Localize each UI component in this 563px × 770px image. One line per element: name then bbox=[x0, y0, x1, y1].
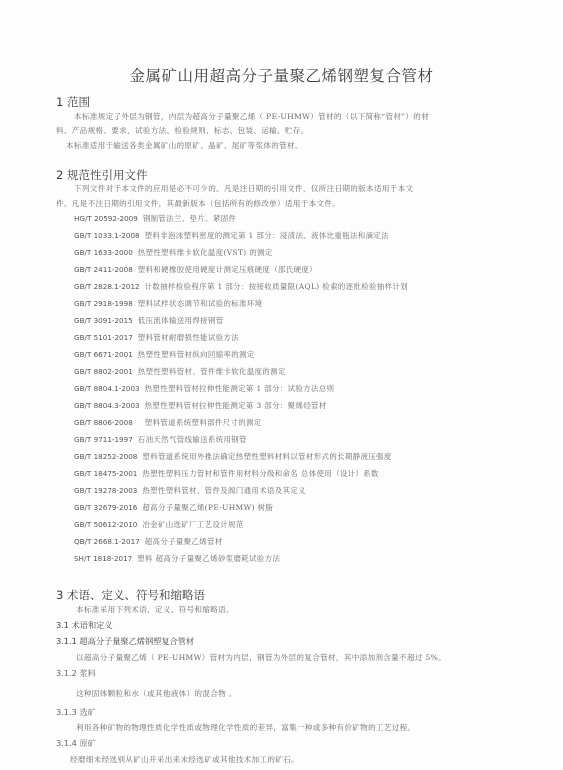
reference-code: GB/T 8804.1-2003 bbox=[74, 384, 140, 393]
term-heading: 3.1.3 选矿 bbox=[56, 707, 96, 718]
term-definition: 经磨细未经选别从矿山开采出来未经选矿或其他技术加工的矿石。 bbox=[70, 754, 299, 765]
section-1-line-2: 料、产品规格、要求、试验方法、检验规则、标志、包装、运输、贮存。 bbox=[56, 125, 309, 136]
term-title: 超高分子量聚乙烯钢塑复合管材 bbox=[79, 636, 194, 646]
reference-code: GB/T 2828.1-2012 bbox=[74, 282, 140, 291]
reference-name: 冶金矿山选矿厂工艺设计规范 bbox=[142, 520, 243, 529]
document-page: 金属矿山用超高分子量聚乙烯钢塑复合管材 1 范围 本标准规定了外层为钢管，内层为… bbox=[0, 0, 563, 770]
reference-item: GB/T 3091-2015低压流体输送用焊接钢管 bbox=[74, 315, 223, 326]
term-number: 3.1.1 bbox=[56, 636, 77, 646]
reference-name: 热塑性塑料压力管材和管件用材料分级和命名 总体使用（设计）系数 bbox=[142, 469, 378, 478]
reference-code: GB/T 5101-2017 bbox=[74, 333, 133, 342]
reference-item: GB/T 8806-2008塑料管道系统塑料部件尺寸的测定 bbox=[74, 417, 262, 428]
reference-name: 石油天然气管线输送系统用钢管 bbox=[138, 435, 247, 444]
section-1-heading: 1 范围 bbox=[56, 94, 90, 110]
reference-name: 热塑性塑料维卡软化温度(VST) 的测定 bbox=[138, 248, 273, 257]
reference-item: GB/T 9711-1997石油天然气管线输送系统用钢管 bbox=[74, 434, 247, 445]
reference-item: GB/T 18475-2001热塑性塑料压力管材和管件用材料分级和命名 总体使用… bbox=[74, 468, 379, 479]
reference-item: HG/T 20592-2009钢制管法兰、垫片、紧固件 bbox=[74, 213, 236, 224]
reference-item: GB/T 5101-2017塑料管材耐磨损性能试验方法 bbox=[74, 332, 239, 343]
reference-code: GB/T 32679-2016 bbox=[74, 503, 137, 512]
term-title: 原矿 bbox=[79, 738, 95, 748]
reference-name: 热塑性塑料管材、管件及阀门通用术语及其定义 bbox=[142, 486, 306, 495]
reference-code: GB/T 1033.1-2008 bbox=[74, 231, 140, 240]
term-number: 3.1.2 bbox=[56, 668, 77, 678]
reference-name: 塑料试样状态调节和试验的标准环境 bbox=[138, 299, 263, 308]
reference-name: 热塑性塑料管材拉伸性能测定第 1 部分：试验方法总则 bbox=[145, 384, 335, 393]
term-heading: 3.1.2 浆料 bbox=[56, 668, 96, 679]
reference-item: GB/T 18252-2008塑料管道系统用外推法确定热塑性塑料材料以管材形式的… bbox=[74, 451, 392, 462]
reference-code: GB/T 1633-2000 bbox=[74, 248, 133, 257]
reference-code: GB/T 9711-1997 bbox=[74, 435, 133, 444]
reference-item: GB/T 2411-2008塑料和硬橡胶使用硬度计测定压痕硬度（邵氏硬度） bbox=[74, 264, 317, 275]
reference-item: GB/T 2918-1998塑料试样状态调节和试验的标准环境 bbox=[74, 298, 262, 309]
term-title: 选矿 bbox=[79, 707, 95, 717]
section-2-heading: 2 规范性引用文件 bbox=[56, 167, 147, 183]
term-definition: 这种固体颗粒和水（或其他液体）的混合物 。 bbox=[76, 688, 237, 699]
document-title: 金属矿山用超高分子量聚乙烯钢塑复合管材 bbox=[0, 64, 563, 86]
section-3-1-heading: 3.1 术语和定义 bbox=[56, 620, 113, 631]
reference-name: 塑料非泡沫塑料密度的测定第 1 部分：浸渍法、液体比重瓶法和滴定法 bbox=[145, 231, 389, 240]
reference-code: HG/T 20592-2009 bbox=[74, 214, 138, 223]
term-number: 3.1.3 bbox=[56, 707, 77, 717]
reference-item: GB/T 1033.1-2008塑料非泡沫塑料密度的测定第 1 部分：浸渍法、液… bbox=[74, 230, 389, 241]
reference-name: 塑料 超高分子量聚乙烯砂浆磨耗试验方法 bbox=[137, 554, 280, 563]
reference-item: GB/T 32679-2016超高分子量聚乙烯(PE-UHMW) 树脂 bbox=[74, 502, 273, 513]
reference-code: GB/T 2411-2008 bbox=[74, 265, 133, 274]
term-title: 浆料 bbox=[79, 668, 95, 678]
reference-item: GB/T 19278-2003热塑性塑料管材、管件及阀门通用术语及其定义 bbox=[74, 485, 306, 496]
term-heading: 3.1.4 原矿 bbox=[56, 738, 96, 749]
reference-code: SH/T 1818-2017 bbox=[74, 554, 132, 563]
section-3-intro: 本标准采用下列术语、定义、符号和缩略语。 bbox=[76, 604, 234, 615]
reference-item: GB/T 1633-2000热塑性塑料维卡软化温度(VST) 的测定 bbox=[74, 247, 273, 258]
reference-name: 钢制管法兰、垫片、紧固件 bbox=[143, 214, 237, 223]
section-1-line-3: 本标准适用于输送各类金属矿山的原矿、晶矿、尾矿等浆体的管材。 bbox=[66, 140, 303, 151]
reference-name: 热塑性塑料管材、管件维卡软化温度的测定 bbox=[138, 367, 286, 376]
section-2-line-2: 件。凡是不注日期的引用文件，其最新版本（包括所有的修改单）适用于本文件。 bbox=[56, 198, 340, 209]
reference-name: 计数抽样检验程序第 1 部分：按接收质量限(AQL) 检索的逐批检验抽样计划 bbox=[145, 282, 408, 291]
reference-code: GB/T 18475-2001 bbox=[74, 469, 137, 478]
reference-code: GB/T 19278-2003 bbox=[74, 486, 137, 495]
reference-code: GB/T 6671-2001 bbox=[74, 350, 133, 359]
reference-code: GB/T 8806-2008 bbox=[74, 418, 133, 427]
reference-code: GB/T 18252-2008 bbox=[74, 452, 137, 461]
section-1-line-1: 本标准规定了外层为钢管，内层为超高分子量聚乙烯（ PE-UHMW）管材的（以下简… bbox=[74, 111, 429, 122]
reference-name: 热塑性塑料管材拉伸性能测定第 3 部分：聚烯烃管材 bbox=[145, 401, 327, 410]
term-number: 3.1.4 bbox=[56, 738, 77, 748]
reference-name: 热塑性塑料管材纵向回缩率的测定 bbox=[138, 350, 255, 359]
term-heading: 3.1.1 超高分子量聚乙烯钢塑复合管材 bbox=[56, 636, 194, 647]
reference-item: GB/T 8802-2001热塑性塑料管材、管件维卡软化温度的测定 bbox=[74, 366, 286, 377]
reference-code: GB/T 8804.3-2003 bbox=[74, 401, 140, 410]
reference-code: GB/T 8802-2001 bbox=[74, 367, 133, 376]
reference-code: GB/T 3091-2015 bbox=[74, 316, 133, 325]
reference-code: GB/T 2918-1998 bbox=[74, 299, 133, 308]
reference-name: 低压流体输送用焊接钢管 bbox=[138, 316, 224, 325]
reference-item: SH/T 1818-2017塑料 超高分子量聚乙烯砂浆磨耗试验方法 bbox=[74, 553, 280, 564]
reference-name: 塑料和硬橡胶使用硬度计测定压痕硬度（邵氏硬度） bbox=[138, 265, 317, 274]
reference-item: GB/T 6671-2001热塑性塑料管材纵向回缩率的测定 bbox=[74, 349, 255, 360]
reference-item: GB/T 2828.1-2012计数抽样检验程序第 1 部分：按接收质量限(AQ… bbox=[74, 281, 408, 292]
reference-code: GB/T 50612-2010 bbox=[74, 520, 137, 529]
reference-item: GB/T 50612-2010冶金矿山选矿厂工艺设计规范 bbox=[74, 519, 244, 530]
reference-item: GB/T 8804.3-2003热塑性塑料管材拉伸性能测定第 3 部分：聚烯烃管… bbox=[74, 400, 327, 411]
term-definition: 利用各种矿物的物理性质化学性质或物理化学性质的差异，富集一种或多种有价矿物的工艺… bbox=[76, 722, 415, 733]
reference-name: 塑料管道系统塑料部件尺寸的测定 bbox=[145, 418, 262, 427]
reference-name: 塑料管道系统用外推法确定热塑性塑料材料以管材形式的长期静液压强度 bbox=[142, 452, 391, 461]
reference-item: QB/T 2668.1-2017超高分子量聚乙烯管材 bbox=[74, 536, 223, 547]
term-definition: 以超高分子量聚乙烯（ PE-UHMW）管材为内层，钢管为外层的复合管材，其中添加… bbox=[76, 652, 446, 663]
section-2-line-1: 下列文件对于本文件的应用是必不可少的。凡是注日期的引用文件，仅所注日期的版本适用… bbox=[74, 183, 413, 194]
reference-item: GB/T 8804.1-2003热塑性塑料管材拉伸性能测定第 1 部分：试验方法… bbox=[74, 383, 334, 394]
reference-name: 超高分子量聚乙烯管材 bbox=[145, 537, 223, 546]
reference-name: 塑料管材耐磨损性能试验方法 bbox=[138, 333, 239, 342]
reference-name: 超高分子量聚乙烯(PE-UHMW) 树脂 bbox=[142, 503, 273, 512]
section-3-heading: 3 术语、定义、符号和缩略语 bbox=[56, 587, 205, 603]
reference-code: QB/T 2668.1-2017 bbox=[74, 537, 140, 546]
